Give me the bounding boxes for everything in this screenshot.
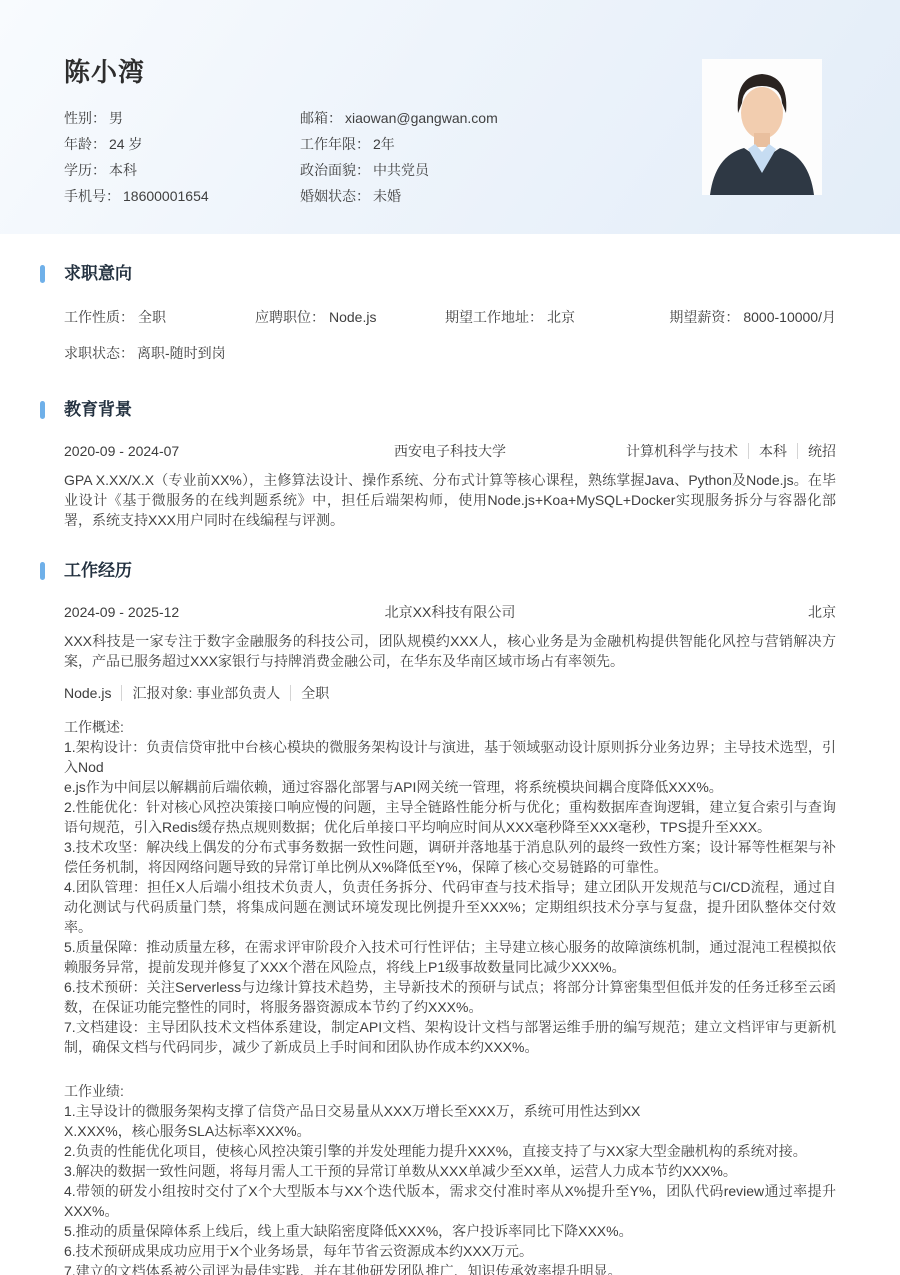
education-period: 2020-09 - 2024-07: [64, 441, 291, 461]
education-description: GPA X.XX/X.X（专业前XX%），主修算法设计、操作系统、分布式计算等核…: [64, 470, 836, 530]
section-title-text: 教育背景: [64, 400, 132, 419]
section-title-text: 求职意向: [64, 264, 132, 283]
info-value: xiaowan@gangwan.com: [345, 110, 498, 126]
portrait-illustration: [702, 59, 822, 195]
info-value: 男: [109, 108, 123, 128]
field-label: 应聘职位：: [255, 307, 325, 327]
info-row-marital-status: 婚姻状态： 未婚: [300, 183, 498, 209]
resume-header: 陈小湾 性别： 男 年龄： 24 岁 学历： 本科 手机号： 186000016…: [0, 0, 900, 234]
education-degree-group: 计算机科学与技术本科统招: [609, 441, 836, 461]
field-value: 全职: [138, 307, 166, 327]
section-title-education: 教育背景: [64, 399, 836, 421]
education-meta-row: 2020-09 - 2024-07 西安电子科技大学 计算机科学与技术本科统招: [64, 441, 836, 461]
work-position: Node.js: [64, 685, 121, 701]
education-enroll-type: 统招: [797, 443, 836, 459]
section-accent-bar: [40, 401, 45, 419]
section-title-text: 工作经历: [64, 561, 132, 580]
info-row-age: 年龄： 24 岁: [64, 131, 300, 157]
field-value: 8000-10000/月: [743, 307, 836, 327]
profile-photo: [702, 59, 822, 195]
job-status-row: 求职状态： 离职-随时到岗: [64, 343, 836, 363]
intention-fields-row: 工作性质： 全职 应聘职位： Node.js 期望工作地址： 北京 期望薪资： …: [64, 307, 836, 327]
work-tags-row: Node.js汇报对象: 事业部负责人全职: [64, 683, 836, 703]
info-label: 手机号：: [64, 186, 120, 206]
field-label: 求职状态：: [64, 343, 134, 363]
info-label: 婚姻状态：: [300, 186, 370, 206]
info-column-left: 性别： 男 年龄： 24 岁 学历： 本科 手机号： 18600001654: [64, 105, 300, 209]
info-label: 工作年限：: [300, 134, 370, 154]
info-value: 中共党员: [373, 160, 429, 180]
work-period: 2024-09 - 2025-12: [64, 602, 291, 622]
field-value: 离职-随时到岗: [137, 343, 226, 363]
work-overview: 工作概述: 1.架构设计：负责信贷审批中台核心模块的微服务架构设计与演进，基于领…: [64, 717, 836, 1057]
education-degree: 本科: [748, 443, 797, 459]
work-company: 北京XX科技有限公司: [291, 602, 609, 622]
info-row-email: 邮箱： xiaowan@gangwan.com: [300, 105, 498, 131]
section-accent-bar: [40, 562, 45, 580]
info-row-phone: 手机号： 18600001654: [64, 183, 300, 209]
field-expected-location: 期望工作地址： 北京: [445, 307, 660, 327]
company-intro: XXX科技是一家专注于数字金融服务的科技公司，团队规模约XXX人，核心业务是为金…: [64, 631, 836, 671]
field-value: Node.js: [329, 307, 376, 327]
section-title-intention: 求职意向: [64, 263, 836, 285]
info-label: 邮箱：: [300, 108, 342, 128]
field-value: 北京: [547, 307, 575, 327]
work-report-to: 汇报对象: 事业部负责人: [121, 685, 290, 701]
info-value: 24 岁: [109, 134, 142, 154]
info-value: 2年: [373, 134, 395, 154]
info-value: 未婚: [373, 186, 401, 206]
section-title-work: 工作经历: [64, 560, 836, 582]
education-school: 西安电子科技大学: [291, 441, 609, 461]
education-major: 计算机科学与技术: [626, 443, 748, 459]
info-row-gender: 性别： 男: [64, 105, 300, 131]
resume-body: 求职意向 工作性质： 全职 应聘职位： Node.js 期望工作地址： 北京 期…: [0, 263, 900, 1275]
info-row-education: 学历： 本科: [64, 157, 300, 183]
work-meta-row: 2024-09 - 2025-12 北京XX科技有限公司 北京: [64, 602, 836, 622]
work-achievements: 工作业绩: 1.主导设计的微服务架构支撑了信贷产品日交易量从XXX万增长至XXX…: [64, 1081, 836, 1275]
field-target-position: 应聘职位： Node.js: [255, 307, 445, 327]
info-value: 本科: [109, 160, 137, 180]
field-expected-salary: 期望薪资： 8000-10000/月: [660, 307, 836, 327]
work-location: 北京: [609, 602, 836, 622]
info-label: 性别：: [64, 108, 106, 128]
info-column-right: 邮箱： xiaowan@gangwan.com 工作年限： 2年 政治面貌： 中…: [300, 105, 498, 209]
field-label: 期望工作地址：: [445, 307, 543, 327]
info-label: 年龄：: [64, 134, 106, 154]
info-row-political-status: 政治面貌： 中共党员: [300, 157, 498, 183]
field-label: 期望薪资：: [669, 307, 739, 327]
info-row-work-years: 工作年限： 2年: [300, 131, 498, 157]
info-label: 学历：: [64, 160, 106, 180]
field-label: 工作性质：: [64, 307, 134, 327]
info-value: 18600001654: [123, 188, 209, 204]
section-accent-bar: [40, 265, 45, 283]
field-job-nature: 工作性质： 全职: [64, 307, 255, 327]
info-label: 政治面貌：: [300, 160, 370, 180]
work-job-type: 全职: [290, 685, 339, 701]
